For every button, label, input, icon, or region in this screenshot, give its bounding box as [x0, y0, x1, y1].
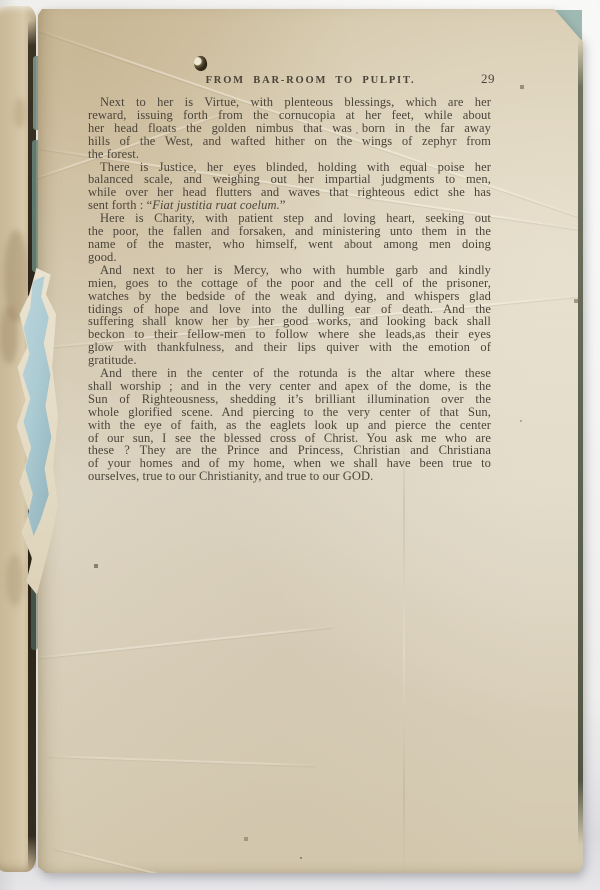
- text-line: hills of the West, and wafted hither on …: [88, 135, 491, 148]
- text-line: whole glorified scene. And piercing to t…: [88, 406, 491, 419]
- paper-stain: [14, 98, 26, 128]
- foxing-specks: [38, 9, 40, 11]
- text-line: ourselves, true to our Christianity, and…: [88, 470, 491, 483]
- paragraph: Next to her is Virtue, with plenteous bl…: [88, 96, 491, 161]
- text-line: name of the master, who himself, went ab…: [88, 238, 491, 251]
- text-line: glow with thankfulness, and their lips q…: [88, 341, 491, 354]
- page-crease: [34, 626, 333, 659]
- paragraph: There is Justice, her eyes blinded, hold…: [88, 161, 491, 213]
- paragraph: And next to her is Mercy, who with humbl…: [88, 264, 491, 367]
- paper-stain: [0, 306, 18, 364]
- text-line: with the eye of faith, as the eaglets lo…: [88, 419, 491, 432]
- running-title: FROM BAR-ROOM TO PULPIT.: [88, 75, 533, 86]
- text-line: shall worship ; and in the very center a…: [88, 380, 491, 393]
- wormhole: [192, 55, 208, 73]
- text-line: And next to her is Mercy, who with humbl…: [88, 264, 491, 277]
- text-line: Next to her is Virtue, with plenteous bl…: [88, 96, 491, 109]
- page-header: FROM BAR-ROOM TO PULPIT. 29: [88, 71, 491, 91]
- paper-stain: [6, 554, 24, 606]
- cover-edge-line: [578, 39, 583, 845]
- text-line: reward, issuing forth from the cornucopi…: [88, 109, 491, 122]
- text-line: Sun of Righteousness, shedding it’s bril…: [88, 393, 491, 406]
- book-page: FROM BAR-ROOM TO PULPIT. 29 Next to her …: [38, 9, 583, 873]
- text-line: And there in the center of the rotunda i…: [88, 367, 491, 380]
- text-line: watches by the bedside of the weak and d…: [88, 290, 491, 303]
- text-line: her head floats the golden nimbus that w…: [88, 122, 491, 135]
- page-crease-vertical: [403, 427, 405, 875]
- text-line: good.: [88, 251, 491, 264]
- text-line: the forest.: [88, 148, 491, 161]
- page-number: 29: [481, 71, 495, 87]
- photo-canvas: FROM BAR-ROOM TO PULPIT. 29 Next to her …: [0, 0, 600, 890]
- page-surface: FROM BAR-ROOM TO PULPIT. 29 Next to her …: [38, 9, 583, 873]
- paragraph: And there in the center of the rotunda i…: [88, 367, 491, 483]
- text-block: Next to her is Virtue, with plenteous bl…: [88, 96, 491, 483]
- text-line: mien, goes to the cottage of the poor an…: [88, 277, 491, 290]
- paragraph: Here is Charity, with patient step and l…: [88, 212, 491, 264]
- page-crease: [46, 755, 316, 766]
